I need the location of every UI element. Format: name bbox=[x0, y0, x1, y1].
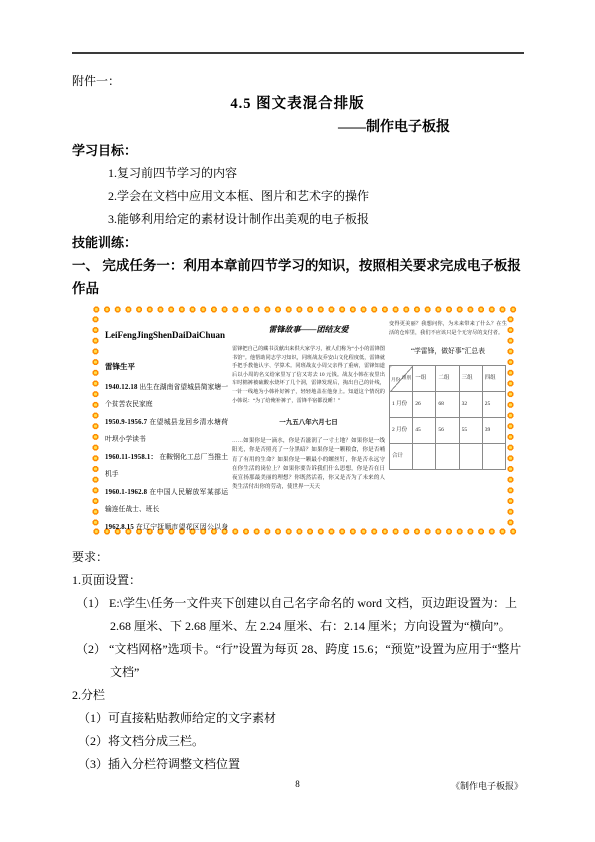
decorative-dot-border-right bbox=[506, 314, 515, 527]
table-row: 合计 bbox=[390, 444, 506, 470]
corner-label-group: 组别 bbox=[402, 366, 411, 389]
table-row: 2 月份 45 56 55 39 bbox=[390, 418, 506, 444]
training-heading: 技能训练： bbox=[72, 231, 523, 254]
corner-label-month: 月份 bbox=[391, 368, 400, 391]
item-number: （1） bbox=[76, 596, 106, 610]
diary-text: ……如果你是一滴水，你是否滋润了一寸土地？如果你是一线阳光，你是否照亮了一分黑暗… bbox=[232, 437, 385, 492]
table-cell: 25 bbox=[482, 392, 505, 418]
row-label: 2 月份 bbox=[390, 418, 413, 444]
row-label: 合计 bbox=[390, 444, 413, 470]
table-cell: 26 bbox=[413, 392, 436, 418]
table-cell bbox=[436, 444, 459, 470]
table-cell bbox=[482, 444, 505, 470]
goals-heading: 学习目标： bbox=[72, 139, 523, 162]
table-cell bbox=[413, 444, 436, 470]
page-subtitle: ——制作电子板报 bbox=[72, 116, 523, 139]
requirement-item: （1） E:\学生\任务一文件夹下创建以自己名字命名的 word 文档，页边距设… bbox=[72, 592, 523, 638]
diary-date-heading: 一九五八年六月七日 bbox=[232, 411, 385, 434]
requirement-item: （3）插入分栏符调整文档位置 bbox=[72, 753, 523, 776]
table-cell: 45 bbox=[413, 418, 436, 444]
requirement-item: （2）将文档分成三栏。 bbox=[72, 730, 523, 753]
poster-sample-image: LeiFengJingShenDaiDaiChuan 雷锋生平 1940.12.… bbox=[90, 304, 518, 538]
bio-date: 1960.11-1958.1： bbox=[105, 454, 158, 461]
table-cell bbox=[459, 444, 482, 470]
item-number: （2） bbox=[76, 642, 106, 656]
poster-english-title: LeiFengJingShenDaiDaiChuan bbox=[105, 324, 228, 347]
table-col-header: 二组 bbox=[436, 366, 459, 392]
bio-item: 1950.9-1956.7 在望城县龙回乡清水塘荷叶坝小学读书 bbox=[105, 414, 228, 448]
story-text: 雷锋把自己的藏书贡献出来供大家学习，被人们称为“小小的雷锋图书馆”。他帮助同志学… bbox=[232, 345, 385, 405]
table-col-header: 一组 bbox=[413, 366, 436, 392]
item-text: E:\学生\任务一文件夹下创建以自己名字命名的 word 文档，页边距设置为：上… bbox=[109, 596, 517, 633]
diary-continuation-text: 变得更美丽？我想问你，为未来带来了什么？在生活的仓库里，我们不应该只是个无穷尽的… bbox=[389, 320, 507, 337]
attachment-label: 附件一： bbox=[72, 70, 523, 93]
table-col-header: 三组 bbox=[459, 366, 482, 392]
bio-item: 1960.1-1962.8 在中国人民解放军某部运输连任战士、班长 bbox=[105, 484, 228, 518]
requirement-item: （2） “文档网格”选项卡。“行”设置为每页 28、跨度 15.6；“预览”设置… bbox=[72, 638, 523, 684]
bio-date: 1960.1-1962.8 bbox=[105, 489, 147, 496]
goal-item-2: 2.学会在文档中应用文本框、图片和艺术字的操作 bbox=[72, 185, 523, 208]
bio-date: 1962.8.15 bbox=[105, 524, 134, 531]
section1-heading: 1.页面设置： bbox=[72, 569, 523, 592]
table-corner-cell: 组别 月份 bbox=[390, 366, 413, 392]
summary-table: 组别 月份 一组 二组 三组 四组 1 月份 26 68 32 25 bbox=[389, 365, 506, 470]
table-cell: 55 bbox=[459, 418, 482, 444]
table-cell: 32 bbox=[459, 392, 482, 418]
bio-date: 1950.9-1956.7 bbox=[105, 419, 147, 426]
bio-date: 1940.12.18 bbox=[105, 384, 138, 391]
table-cell: 39 bbox=[482, 418, 505, 444]
goal-item-3: 3.能够利用给定的素材设计制作出美观的电子板报 bbox=[72, 208, 523, 231]
document-body: 附件一： 4.5 图文表混合排版 ——制作电子板报 学习目标： 1.复习前四节学… bbox=[72, 70, 523, 776]
row-label: 1 月份 bbox=[390, 392, 413, 418]
goal-item-1: 1.复习前四节学习的内容 bbox=[72, 162, 523, 185]
story-title: 雷锋故事——团结友爱 bbox=[232, 318, 385, 341]
bio-item: 1940.12.18 出生在湖南省望城县简家塘一个贫苦农民家庭 bbox=[105, 379, 228, 413]
task-statement: 一、 完成任务一：利用本章前四节学习的知识，按照相关要求完成电子板报作品 bbox=[72, 254, 523, 300]
requirements-heading: 要求： bbox=[72, 546, 523, 569]
poster-bio-heading: 雷锋生平 bbox=[105, 355, 228, 378]
table-header-row: 组别 月份 一组 二组 三组 四组 bbox=[390, 366, 506, 392]
table-col-header: 四组 bbox=[482, 366, 505, 392]
bio-item: 1960.11-1958.1： 在鞍钢化工总厂当推土机手 bbox=[105, 449, 228, 483]
summary-table-title: “学雷锋，做好事”汇总表 bbox=[389, 340, 507, 363]
decorative-dot-border-top bbox=[91, 305, 517, 314]
document-page: 附件一： 4.5 图文表混合排版 ——制作电子板报 学习目标： 1.复习前四节学… bbox=[0, 0, 595, 842]
table-cell: 56 bbox=[436, 418, 459, 444]
page-title: 4.5 图文表混合排版 bbox=[72, 93, 523, 116]
poster-middle-column: 雷锋故事——团结友爱 雷锋把自己的藏书贡献出来供大家学习，被人们称为“小小的雷锋… bbox=[232, 318, 385, 492]
section2-heading: 2.分栏 bbox=[72, 684, 523, 707]
poster-left-column: LeiFengJingShenDaiDaiChuan 雷锋生平 1940.12.… bbox=[105, 324, 228, 538]
decorative-dot-border-left bbox=[91, 314, 100, 527]
table-row: 1 月份 26 68 32 25 bbox=[390, 392, 506, 418]
poster-right-column: 变得更美丽？我想问你，为未来带来了什么？在生活的仓库里，我们不应该只是个无穷尽的… bbox=[389, 320, 507, 470]
bio-item: 1962.8.15 在辽宁抚顺市望花区因公以身殉职，年仅 22 岁 bbox=[105, 519, 228, 538]
table-cell: 68 bbox=[436, 392, 459, 418]
requirement-item: （1）可直接粘贴教师给定的文字素材 bbox=[72, 707, 523, 730]
header-rule bbox=[72, 52, 524, 54]
item-text: “文档网格”选项卡。“行”设置为每页 28、跨度 15.6；“预览”设置为应用于… bbox=[109, 642, 521, 679]
footer-doc-title: 《制作电子板报》 bbox=[451, 779, 523, 792]
